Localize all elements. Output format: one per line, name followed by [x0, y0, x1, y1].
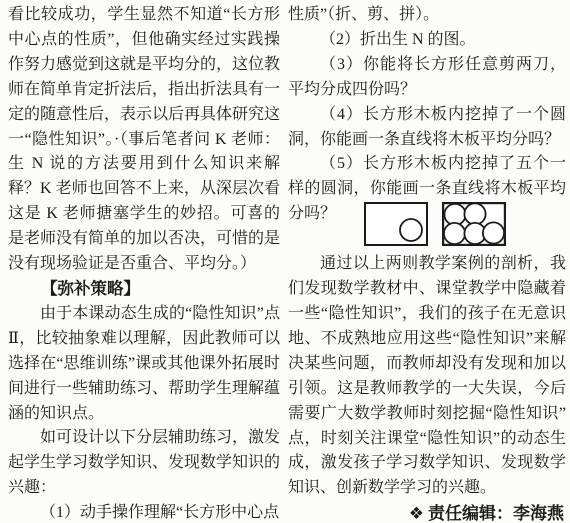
paragraph-exercise-1: （1）动手操作理解“长方形中心点 [8, 501, 280, 523]
paragraph-exercise-3: （3）你能将长方形任意剪两刀，平均分成四份吗？ [288, 53, 566, 103]
right-column: 性质”（折、剪、拼）。 （2）折出生 N 的图。 （3）你能将长方形任意剪两刀，… [288, 3, 566, 523]
article-page: 看比较成功，学生显然不知道“长方形中心点的性质”，但他确实经过实践操作努力感觉到… [0, 0, 570, 523]
paragraph-exercise-2: （2）折出生 N 的图。 [288, 28, 566, 53]
diamond-icon: ❖ [409, 504, 424, 523]
paragraph-exercise-4: （4）长方形木板内挖掉了一个圆洞，你能画一条直线将木板平均分吗？ [288, 103, 566, 153]
editor-credit: ❖责任编辑：李海燕 [288, 502, 566, 523]
five-hole-board-figure [442, 202, 506, 246]
paragraph-exercise-intro: 如可设计以下分层辅助练习，激发起学生学习数学知识、发现数学知识的兴趣： [8, 426, 280, 501]
paragraph-conclusion: 通过以上两则教学案例的剖析，我们发现数学教材中、课堂教学中隐藏着一些“隐性知识”… [288, 252, 566, 501]
paragraph-remedy-intro: 由于本课动态生成的“隐性知识”点Ⅱ，比较抽象难以理解，因此教师可以选择在“思维训… [8, 302, 280, 427]
paragraph-exercise-1-cont: 性质”（折、剪、拼）。 [288, 3, 566, 28]
editor-credit-label: 责任编辑：李海燕 [428, 504, 564, 523]
section-heading-remedy-strategy: 【弥补策略】 [8, 277, 280, 302]
paragraph-case-analysis: 看比较成功，学生显然不知道“长方形中心点的性质”，但他确实经过实践操作努力感觉到… [8, 3, 280, 277]
one-hole-board-figure [364, 202, 428, 246]
exercise-figures [364, 202, 566, 246]
left-column: 看比较成功，学生显然不知道“长方形中心点的性质”，但他确实经过实践操作努力感觉到… [8, 3, 280, 523]
